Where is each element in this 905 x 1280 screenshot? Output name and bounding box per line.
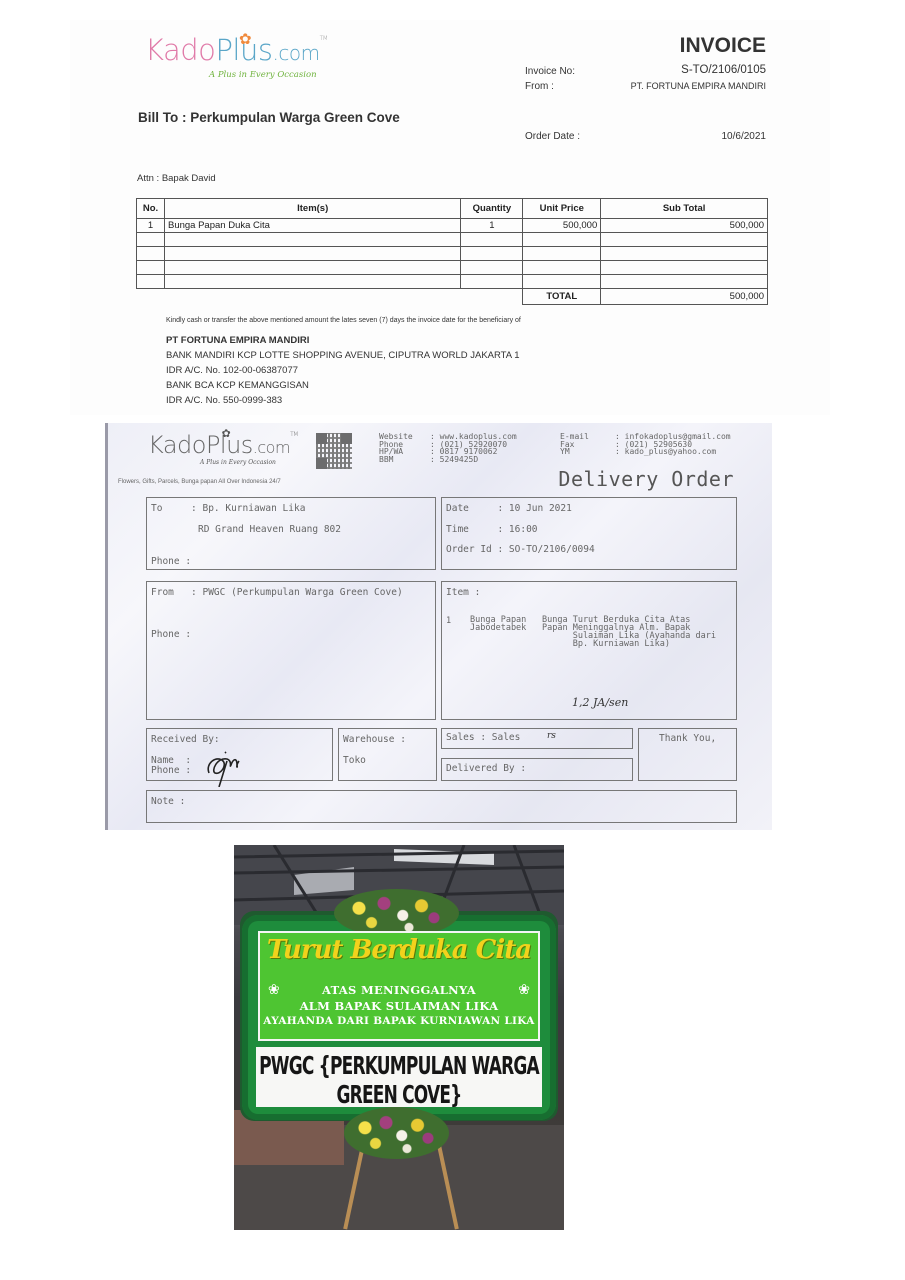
cell-item xyxy=(164,247,460,261)
invoice-no: S-TO/2106/0105 xyxy=(681,64,766,76)
table-row xyxy=(137,233,768,247)
cell-unit-price xyxy=(523,247,601,261)
blank-cell xyxy=(461,289,523,305)
cell-quantity xyxy=(461,275,523,289)
flower-icon: ✿ xyxy=(222,425,230,441)
col-header-items: Item(s) xyxy=(164,199,460,219)
order-id: Order Id : SO-TO/2106/0094 xyxy=(446,544,595,555)
cell-quantity xyxy=(461,261,523,275)
cell-unit-price xyxy=(523,233,601,247)
cell-item xyxy=(164,233,460,247)
logo-brand-suffix: .com xyxy=(272,41,319,65)
attn: Attn : Bapak David xyxy=(137,173,216,184)
cell-sub-total xyxy=(601,275,768,289)
cell-no: 1 xyxy=(137,219,165,233)
invoice-items-table: No. Item(s) Quantity Unit Price Sub Tota… xyxy=(136,198,768,305)
sales-mark: rs xyxy=(547,731,556,741)
item-label: Item : xyxy=(446,587,480,598)
logo-brand-kado: Kado xyxy=(145,33,215,67)
received-by-box: Received By: Name : Phone : xyxy=(146,728,333,781)
cell-no xyxy=(137,233,165,247)
cell-sub-total xyxy=(601,247,768,261)
logo-tagline: A Plus in Every Occasion xyxy=(200,459,276,466)
beneficiary-info: PT FORTUNA EMPIRA MANDIRI BANK MANDIRI K… xyxy=(166,333,520,408)
bill-to: Bill To : Perkumpulan Warga Green Cove xyxy=(138,110,400,125)
received-phone-label: Phone : xyxy=(151,766,191,776)
from-company: PT. FORTUNA EMPIRA MANDIRI xyxy=(631,81,766,91)
invoice-document: ✿ KadoPlus.comTM A Plus in Every Occasio… xyxy=(70,20,830,415)
board-sender: PWGC {PERKUMPULAN WARGA GREEN COVE} xyxy=(256,1052,542,1110)
cell-sub-total xyxy=(601,261,768,275)
table-row xyxy=(137,275,768,289)
qr-code-icon xyxy=(316,433,352,469)
col-header-quantity: Quantity xyxy=(461,199,523,219)
cell-item xyxy=(164,261,460,275)
signature-icon xyxy=(205,739,249,787)
logo-brand-suffix: .com xyxy=(253,438,290,457)
flower-icon: ✿ xyxy=(239,30,252,48)
invoice-title: INVOICE xyxy=(680,34,766,58)
from-phone: Phone : xyxy=(151,629,191,640)
order-date: 10/6/2021 xyxy=(722,131,767,142)
bank-line: IDR A/C. No. 102-00-06387077 xyxy=(166,363,520,378)
order-date-label: Order Date : xyxy=(525,131,580,142)
delivery-time: Time : 16:00 xyxy=(446,524,538,535)
to-phone: Phone : xyxy=(151,556,191,567)
total-label: TOTAL xyxy=(523,289,601,305)
cell-unit-price: 500,000 xyxy=(523,219,601,233)
warehouse-value: Toko xyxy=(343,755,366,766)
item-description: Bunga Turut Berduka Cita Atas Papan Meni… xyxy=(542,616,716,648)
table-row xyxy=(137,247,768,261)
warehouse-label: Warehouse : xyxy=(343,734,406,745)
order-meta-box: Date : 10 Jun 2021 Time : 16:00 Order Id… xyxy=(441,497,737,570)
contact-labels-left: Website Phone HP/WA BBM xyxy=(379,433,413,463)
col-header-unit-price: Unit Price xyxy=(523,199,601,219)
delivery-date: Date : 10 Jun 2021 xyxy=(446,503,572,514)
table-row: 1 Bunga Papan Duka Cita 1 500,000 500,00… xyxy=(137,219,768,233)
board-message-panel: Turut Berduka Cita ❀ ❀ ATAS MENINGGALNYA… xyxy=(258,931,540,1041)
col-header-sub-total: Sub Total xyxy=(601,199,768,219)
cell-no xyxy=(137,261,165,275)
sales-label: Sales : Sales xyxy=(446,732,520,743)
cell-quantity xyxy=(461,247,523,261)
beneficiary-company: PT FORTUNA EMPIRA MANDIRI xyxy=(166,333,520,348)
warehouse-box: Warehouse : Toko xyxy=(338,728,437,781)
item-no: 1 xyxy=(446,616,451,626)
invoice-no-label: Invoice No: xyxy=(525,66,575,77)
delivery-order-title: Delivery Order xyxy=(558,467,734,491)
from-label: From : xyxy=(525,81,554,92)
board-title: Turut Berduka Cita xyxy=(260,935,538,965)
cell-unit-price xyxy=(523,261,601,275)
board-sender-panel: PWGC {PERKUMPULAN WARGA GREEN COVE} xyxy=(256,1047,542,1107)
board-message-line: ALM BAPAK SULAIMAN LIKA xyxy=(260,999,538,1013)
delivery-order-document: ✿ KadoPlus.comTM A Plus in Every Occasio… xyxy=(105,423,772,830)
from-box: From : PWGC (Perkumpulan Warga Green Cov… xyxy=(146,581,436,720)
logo-brand: KadoPlus xyxy=(148,431,253,459)
cell-sub-total xyxy=(601,233,768,247)
total-row: TOTAL 500,000 xyxy=(137,289,768,305)
total-value: 500,000 xyxy=(601,289,768,305)
note-box: Note : xyxy=(146,790,737,823)
item-product: Bunga Papan Jabodetabek xyxy=(470,616,526,632)
flower-arrangement-top xyxy=(334,889,459,937)
blank-cell xyxy=(164,289,460,305)
logo-subtitle: Flowers, Gifts, Parcels, Bunga papan All… xyxy=(118,479,281,485)
item-box: Item : 1 Bunga Papan Jabodetabek Bunga T… xyxy=(441,581,737,720)
cell-quantity xyxy=(461,233,523,247)
payment-note: Kindly cash or transfer the above mentio… xyxy=(166,317,521,324)
to-address: RD Grand Heaven Ruang 802 xyxy=(198,524,341,535)
bank-line: BANK MANDIRI KCP LOTTE SHOPPING AVENUE, … xyxy=(166,348,520,363)
kadoplus-logo: ✿ KadoPlus.comTM A Plus in Every Occasio… xyxy=(145,36,327,65)
sales-box: Sales : Sales rs xyxy=(441,728,633,749)
logo-trademark: TM xyxy=(290,431,298,438)
thank-you-text: Thank You, xyxy=(659,733,716,744)
cell-no xyxy=(137,247,165,261)
cell-quantity: 1 xyxy=(461,219,523,233)
contact-labels-right: E-mail Fax YM xyxy=(560,433,589,456)
to-box: To : Bp. Kurniawan Lika RD Grand Heaven … xyxy=(146,497,436,570)
cell-sub-total: 500,000 xyxy=(601,219,768,233)
bank-line: BANK BCA KCP KEMANGGISAN xyxy=(166,378,520,393)
contact-values-right: : infokadoplus@gmail.com : (021) 5290563… xyxy=(615,433,731,456)
board-message-line: ATAS MENINGGALNYA xyxy=(260,983,538,997)
logo-trademark: TM xyxy=(320,35,328,42)
table-row xyxy=(137,261,768,275)
logo-tagline: A Plus in Every Occasion xyxy=(209,70,317,80)
cell-no xyxy=(137,275,165,289)
thank-you-box: Thank You, xyxy=(638,728,737,781)
delivered-by-label: Delivered By : xyxy=(446,763,526,774)
kadoplus-logo-bw: ✿ KadoPlus.comTM A Plus in Every Occasio… xyxy=(148,431,298,459)
item-handwritten-note: 1,2 JA/sen xyxy=(572,696,628,709)
note-label: Note : xyxy=(151,796,185,807)
table-header-row: No. Item(s) Quantity Unit Price Sub Tota… xyxy=(137,199,768,219)
cell-item xyxy=(164,275,460,289)
blank-cell xyxy=(137,289,165,305)
flower-arrangement-bottom xyxy=(344,1107,449,1159)
cell-unit-price xyxy=(523,275,601,289)
bank-line: IDR A/C. No. 550-0999-383 xyxy=(166,393,520,408)
cell-item: Bunga Papan Duka Cita xyxy=(164,219,460,233)
flower-board-photo: Turut Berduka Cita ❀ ❀ ATAS MENINGGALNYA… xyxy=(234,845,564,1230)
contact-values-left: : www.kadoplus.com : (021) 52920070 : 08… xyxy=(430,433,517,463)
col-header-no: No. xyxy=(137,199,165,219)
delivered-by-box: Delivered By : xyxy=(441,758,633,781)
to-recipient: To : Bp. Kurniawan Lika xyxy=(151,503,305,514)
board-message-line: AYAHANDA DARI BAPAK KURNIAWAN LIKA xyxy=(260,1015,538,1027)
from-sender: From : PWGC (Perkumpulan Warga Green Cov… xyxy=(151,587,403,598)
